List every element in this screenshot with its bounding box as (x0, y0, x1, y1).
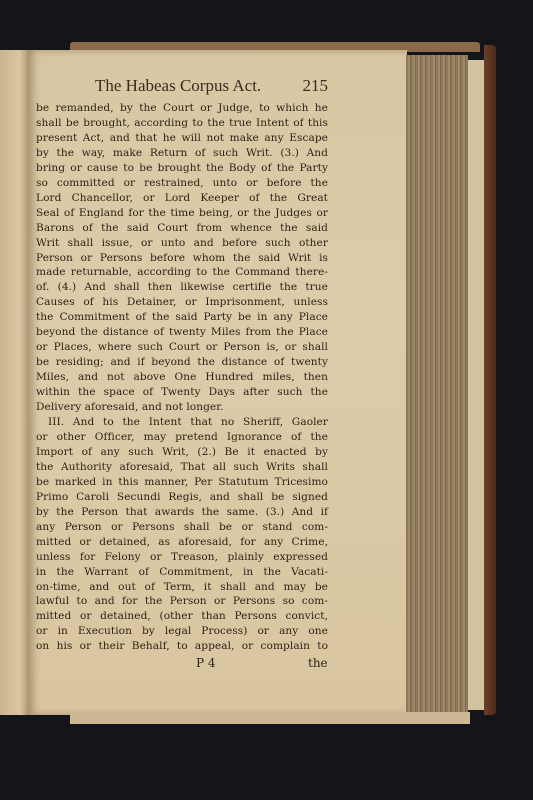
text-line: Primo Caroli Secundi Regis, and shall be… (36, 490, 328, 505)
text-line: Causes of his Detainer, or Imprisonment,… (36, 295, 328, 310)
text-line: be remanded, by the Court or Judge, to w… (36, 101, 328, 116)
text-line: Lord Chancellor, or Lord Keeper of the G… (36, 191, 328, 206)
text-line: Miles, and not above One Hundred miles, … (36, 370, 328, 385)
text-line: Writ shall issue, or unto and before suc… (36, 236, 328, 251)
text-line: Seal of England for the time being, or t… (36, 206, 328, 221)
text-line: any Person or Persons shall be or stand … (36, 520, 328, 535)
signature-mark: P 4 (196, 656, 216, 670)
running-head: The Habeas Corpus Act. 215 (95, 76, 328, 96)
text-line: unless for Felony or Treason, plainly ex… (36, 550, 328, 565)
section-start-line: III. And to the Intent that no Sheriff, … (36, 415, 328, 430)
text-line: of. (4.) And shall then likewise certifi… (36, 280, 328, 295)
text-line: beyond the distance of twenty Miles from… (36, 325, 328, 340)
text-line: lawful to and for the Person or Persons … (36, 594, 328, 609)
page-number: 215 (303, 76, 329, 96)
text-line: bring or cause to be brought the Body of… (36, 161, 328, 176)
text-line: by the Person that awards the same. (3.)… (36, 505, 328, 520)
catchword: the (308, 656, 328, 670)
text-line: Barons of the said Court from whence the… (36, 221, 328, 236)
text-line: by the way, make Return of such Writ. (3… (36, 146, 328, 161)
page-fore-edge-outer (468, 60, 484, 710)
text-line: or in Execution by legal Process) or any… (36, 624, 328, 639)
text-line: the Commitment of the said Party be in a… (36, 310, 328, 325)
text-line: Import of any such Writ, (2.) Be it enac… (36, 445, 328, 460)
text-line: shall be brought, according to the true … (36, 116, 328, 131)
text-line: mitted or detained, as aforesaid, for an… (36, 535, 328, 550)
running-head-title: The Habeas Corpus Act. (95, 76, 261, 96)
text-line: or other Officer, may pretend Ignorance … (36, 430, 328, 445)
book-cover-edge (484, 45, 496, 715)
text-line: the Authority aforesaid, That all such W… (36, 460, 328, 475)
page-fore-edge (406, 55, 468, 715)
text-line: on his or their Behalf, to appeal, or co… (36, 639, 328, 654)
facing-page-edge (0, 50, 28, 715)
text-line: Delivery aforesaid, and not longer. (36, 400, 328, 415)
text-line: so committed or restrained, unto or befo… (36, 176, 328, 191)
text-line: on-time, and out of Term, it shall and m… (36, 580, 328, 595)
text-line: made returnable, according to the Comman… (36, 265, 328, 280)
book-bottom-edge (70, 712, 470, 724)
page-body-text: be remanded, by the Court or Judge, to w… (36, 101, 328, 654)
text-line: present Act, and that he will not make a… (36, 131, 328, 146)
text-line: or Places, where such Court or Person is… (36, 340, 328, 355)
text-line: Person or Persons before whom the said W… (36, 251, 328, 266)
text-line: in the Warrant of Commitment, in the Vac… (36, 565, 328, 580)
text-line: be residing; and if beyond the distance … (36, 355, 328, 370)
text-line: mitted or detained, (other than Persons … (36, 609, 328, 624)
text-line: within the space of Twenty Days after su… (36, 385, 328, 400)
text-line: be marked in this manner, Per Statutum T… (36, 475, 328, 490)
